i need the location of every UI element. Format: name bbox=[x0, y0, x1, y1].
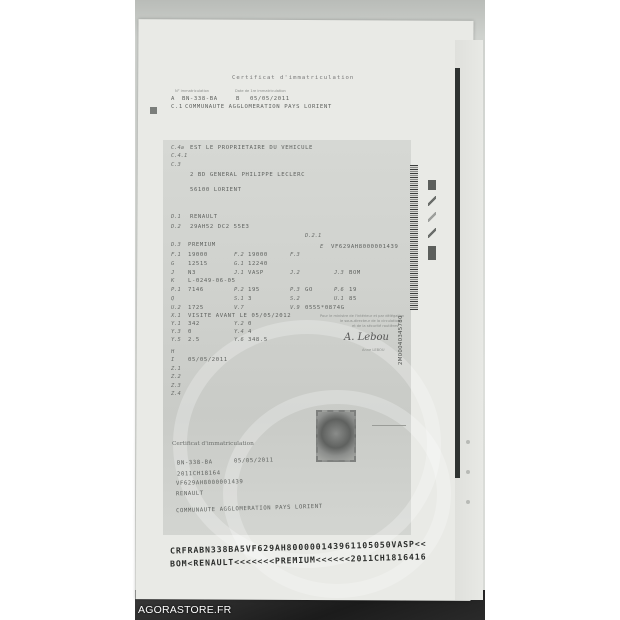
y2-value: 0 bbox=[248, 321, 252, 327]
k-value: L-0249-06-05 bbox=[188, 278, 236, 284]
code-c1: C.1 bbox=[171, 104, 183, 110]
code-c41: C.4.1 bbox=[171, 153, 187, 159]
code-d2: D.2 bbox=[171, 224, 181, 230]
code-z1: Z.1 bbox=[171, 366, 181, 372]
commercial-name: PREMIUM bbox=[188, 242, 216, 248]
address-line1: 2 BD GENERAL PHILIPPE LECLERC bbox=[190, 172, 305, 178]
label-b: Date de 1re immatriculation bbox=[235, 89, 286, 93]
code-g1: G.1 bbox=[234, 261, 244, 267]
code-q: Q bbox=[171, 296, 174, 302]
code-u2: U.2 bbox=[171, 305, 181, 311]
u1-value: 85 bbox=[349, 296, 357, 302]
code-y2: Y.2 bbox=[234, 321, 244, 327]
signatory-name: Anne LEBOU bbox=[362, 348, 385, 352]
stub-make: RENAULT bbox=[176, 491, 204, 498]
p6-value: 19 bbox=[349, 287, 357, 293]
u2-value: 1725 bbox=[188, 305, 204, 311]
code-d21: D.2.1 bbox=[305, 233, 321, 239]
p2-value: 195 bbox=[248, 287, 260, 293]
vin: VF629AH8000001439 bbox=[331, 244, 398, 250]
code-y6: Y.6 bbox=[234, 337, 244, 343]
serial-number-vertical: 2M00040345780 bbox=[398, 315, 404, 365]
code-c3: C.3 bbox=[171, 162, 181, 168]
security-mark-icon bbox=[428, 246, 436, 260]
code-z2: Z.2 bbox=[171, 374, 181, 380]
code-f3: F.3 bbox=[290, 252, 300, 258]
code-j2: J.2 bbox=[290, 270, 300, 276]
code-a: A bbox=[171, 96, 175, 102]
y3-value: 0 bbox=[188, 329, 192, 335]
code-c4a: C.4a bbox=[171, 145, 184, 151]
binder-edge bbox=[455, 68, 460, 478]
j-value: N3 bbox=[188, 270, 196, 276]
first-registration-date: 05/05/2011 bbox=[250, 96, 290, 102]
address-line2: 56100 LORIENT bbox=[190, 187, 242, 193]
security-mark-icon bbox=[428, 180, 436, 190]
code-j1: J.1 bbox=[234, 270, 244, 276]
f2-value: 19000 bbox=[248, 252, 268, 258]
p1-value: 7146 bbox=[188, 287, 204, 293]
stub-date: 05/05/2011 bbox=[234, 457, 274, 464]
code-s1: S.1 bbox=[234, 296, 244, 302]
authority-line3: et de la sécurité routières bbox=[352, 324, 398, 328]
code-i: I bbox=[171, 357, 174, 363]
authority-line2: le sous-directeur de la circulation bbox=[340, 319, 400, 323]
stub-title: Certificat d'immatriculation bbox=[172, 441, 254, 447]
p3-value: GO bbox=[305, 287, 313, 293]
ownership-statement: EST LE PROPRIETAIRE DU VEHICULE bbox=[190, 145, 313, 151]
code-h: H bbox=[171, 349, 174, 355]
signature: A. Lebou bbox=[344, 332, 389, 343]
code-p2: P.2 bbox=[234, 287, 244, 293]
y1-value: 342 bbox=[188, 321, 200, 327]
code-x1: X.1 bbox=[171, 313, 181, 319]
code-z4: Z.4 bbox=[171, 391, 181, 397]
code-g: G bbox=[171, 261, 174, 267]
j3-value: BOM bbox=[349, 270, 361, 276]
v9-value: 0555*0874G bbox=[305, 305, 345, 311]
code-y4: Y.4 bbox=[234, 329, 244, 335]
pin-hole bbox=[466, 470, 470, 474]
g-value: 12515 bbox=[188, 261, 208, 267]
code-z3: Z.3 bbox=[171, 383, 181, 389]
code-y3: Y.3 bbox=[171, 329, 181, 335]
code-d1: D.1 bbox=[171, 214, 181, 220]
registration-number: BN-338-BA bbox=[182, 96, 218, 102]
watermark: AGORASTORE.FR bbox=[138, 604, 231, 616]
y5-value: 2.5 bbox=[188, 337, 200, 343]
header-square-mark bbox=[150, 107, 157, 114]
authority-line1: Pour le ministre de l'intérieur et par d… bbox=[320, 314, 404, 318]
stub-plate: BN-338-BA bbox=[177, 460, 213, 467]
code-k: K bbox=[171, 278, 174, 284]
code-v7: V.7 bbox=[234, 305, 244, 311]
y6-value: 348.5 bbox=[248, 337, 268, 343]
code-s2: S.2 bbox=[290, 296, 300, 302]
stub-formula-number: 2011CH18164 bbox=[177, 470, 221, 477]
inspection-due: VISITE AVANT LE 05/05/2012 bbox=[188, 313, 291, 319]
code-p3: P.3 bbox=[290, 287, 300, 293]
s1-value: 3 bbox=[248, 296, 252, 302]
code-y1: Y.1 bbox=[171, 321, 181, 327]
i-value: 05/05/2011 bbox=[188, 357, 228, 363]
code-j: J bbox=[171, 270, 174, 276]
code-e: E bbox=[320, 244, 323, 250]
code-u1: U.1 bbox=[334, 296, 344, 302]
code-v9: V.9 bbox=[290, 305, 300, 311]
code-f2: F.2 bbox=[234, 252, 244, 258]
code-j3: J.3 bbox=[334, 270, 344, 276]
code-p6: P.6 bbox=[334, 287, 344, 293]
code-b: B bbox=[236, 96, 240, 102]
code-f1: F.1 bbox=[171, 252, 181, 258]
type-variant: 29AH52 DC2 55E3 bbox=[190, 224, 250, 230]
security-slash-icon bbox=[428, 228, 436, 238]
label-a: N° immatriculation bbox=[175, 89, 209, 93]
pin-hole bbox=[466, 500, 470, 504]
g1-value: 12240 bbox=[248, 261, 268, 267]
header-title: Certificat d'immatriculation bbox=[232, 75, 354, 81]
security-slash-icon bbox=[428, 196, 436, 206]
code-p1: P.1 bbox=[171, 287, 181, 293]
f1-value: 19000 bbox=[188, 252, 208, 258]
code-d3: D.3 bbox=[171, 242, 181, 248]
barcode bbox=[410, 165, 418, 310]
security-slash-icon bbox=[428, 212, 436, 222]
make: RENAULT bbox=[190, 214, 218, 220]
stamp-label-line bbox=[372, 425, 406, 428]
holder-name: COMMUNAUTE AGGLOMERATION PAYS LORIENT bbox=[185, 104, 332, 110]
code-y5: Y.5 bbox=[171, 337, 181, 343]
hologram-stamp bbox=[316, 410, 356, 462]
j1-value: VASP bbox=[248, 270, 264, 276]
y4-value: 4 bbox=[248, 329, 252, 335]
pin-hole bbox=[466, 440, 470, 444]
